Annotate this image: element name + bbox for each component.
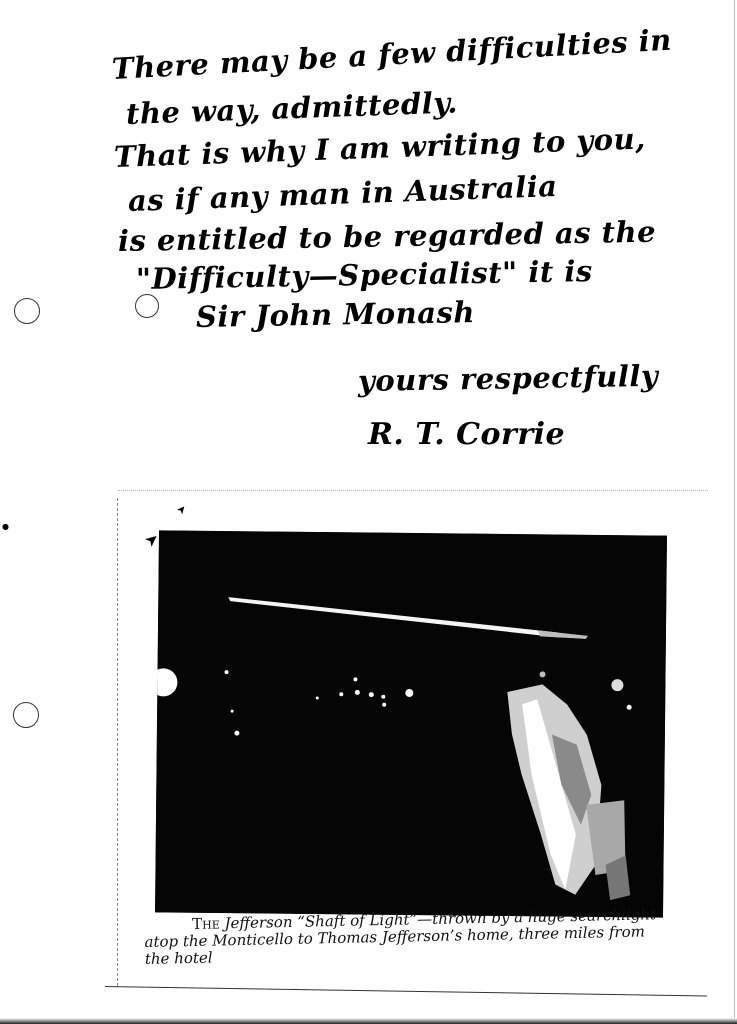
photo-caption: The Jefferson “Shaft of Light”—thrown by…: [144, 906, 665, 968]
letter-closing: yours respectfully: [358, 359, 659, 398]
pencil-mark-2: ➤: [174, 502, 190, 517]
letter-line-1: There may be a few difficulties in: [111, 23, 672, 86]
clipping-bottom-rule: [105, 986, 707, 996]
binder-hole-inner: [135, 294, 159, 318]
clipping-edge-left: [117, 498, 119, 986]
letter-line-2: the way, admittedly.: [125, 85, 458, 131]
letter-line-3: That is why I am writing to you,: [113, 121, 646, 174]
clipping-edge-top: [118, 490, 708, 492]
letter-line-4: as if any man in Australia: [127, 169, 558, 218]
letter-line-6: "Difficulty—Specialist" it is: [136, 254, 593, 296]
margin-mark: ●: [2, 522, 9, 531]
searchlight-photo: [155, 530, 667, 917]
binder-hole-middle: [13, 702, 39, 728]
page-edge: [734, 0, 735, 1024]
scanned-page: There may be a few difficulties in the w…: [0, 0, 737, 1024]
letter-signature: R. T. Corrie: [368, 417, 565, 452]
binder-hole-top: [14, 298, 40, 324]
scan-bottom-edge: [0, 1018, 737, 1024]
letter-line-7: Sir John Monash: [196, 295, 475, 334]
caption-text: Jefferson “Shaft of Light”—thrown by a h…: [144, 905, 656, 968]
caption-lead: The: [192, 914, 220, 933]
letter-line-5: is entitled to be regarded as the: [118, 215, 657, 258]
